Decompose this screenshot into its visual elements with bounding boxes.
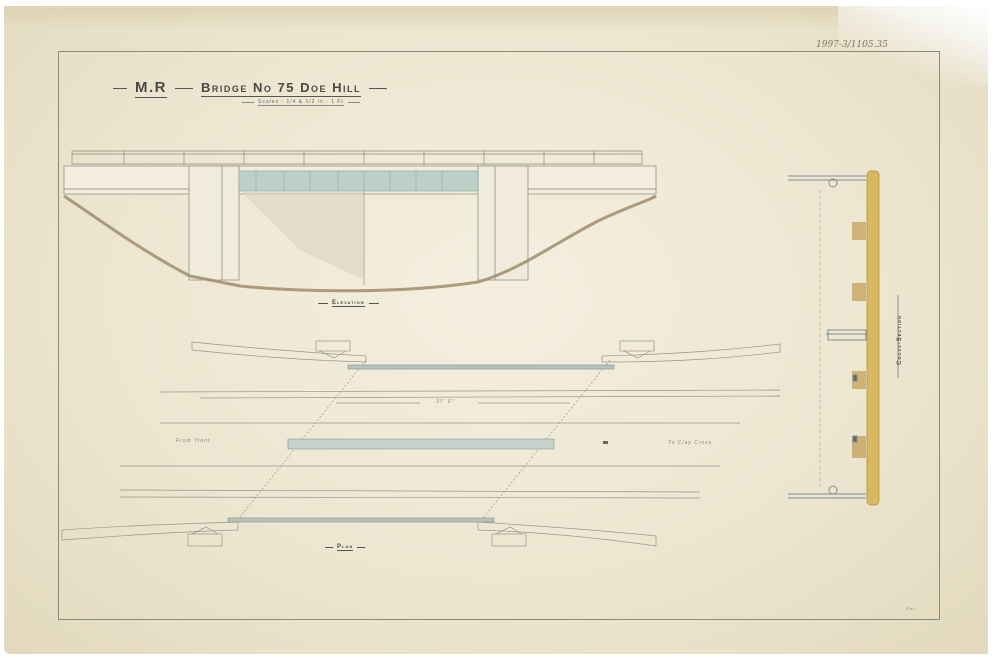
footer-mark: Ref	[906, 606, 915, 611]
cross-section-view	[788, 171, 898, 505]
elevation-label: Elevation	[318, 300, 379, 307]
drawing-linework	[0, 0, 1000, 658]
plan-deck-center	[288, 439, 554, 449]
cross-section-label: Cross-Section	[893, 290, 907, 390]
direction-to-label: To Clay Cross	[668, 440, 712, 446]
plan-girder-top	[348, 365, 614, 369]
span-dimension: 37' 6"	[436, 399, 454, 405]
plan-girder-bottom	[228, 518, 494, 522]
plan-label: Plan	[325, 544, 365, 551]
timber-beam	[867, 171, 879, 505]
direction-from-label: From Trent	[176, 438, 210, 444]
